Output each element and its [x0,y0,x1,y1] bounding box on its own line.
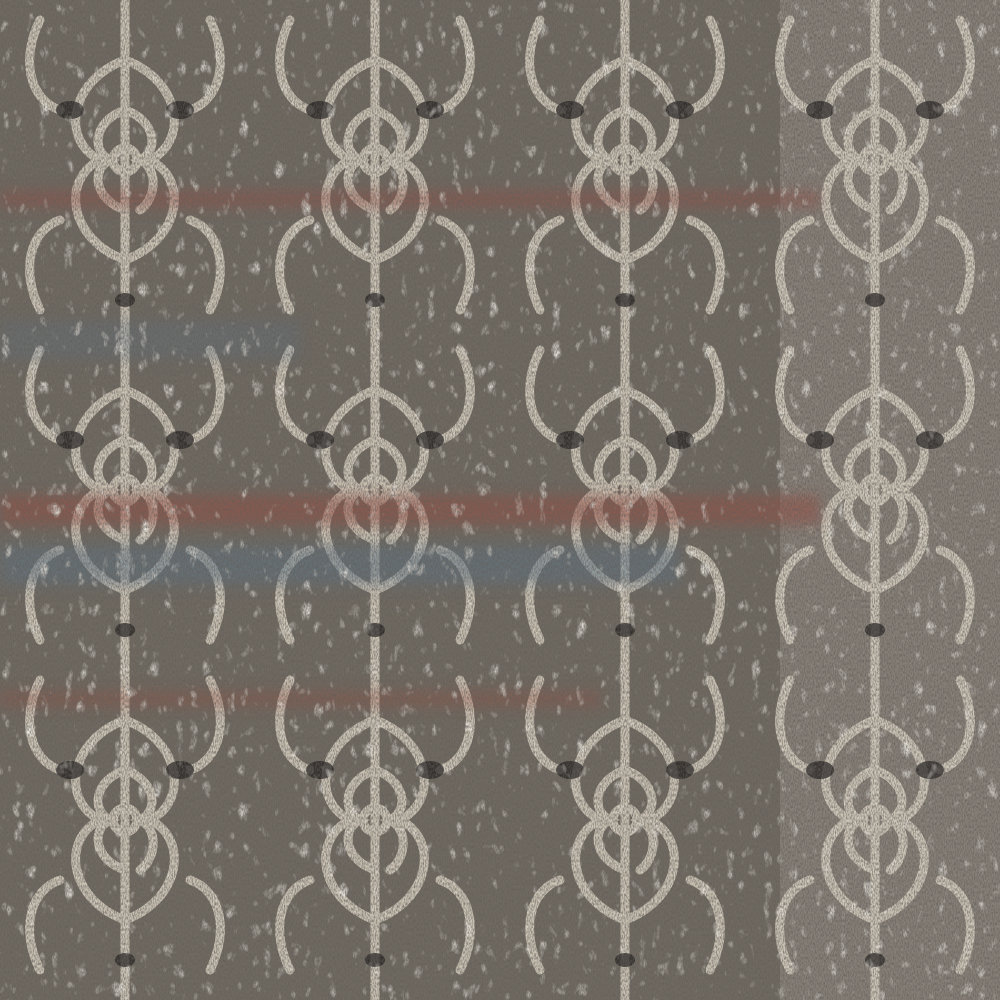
rug-texture-image [0,0,1000,1000]
rug-pattern-graphic [0,0,1000,1000]
